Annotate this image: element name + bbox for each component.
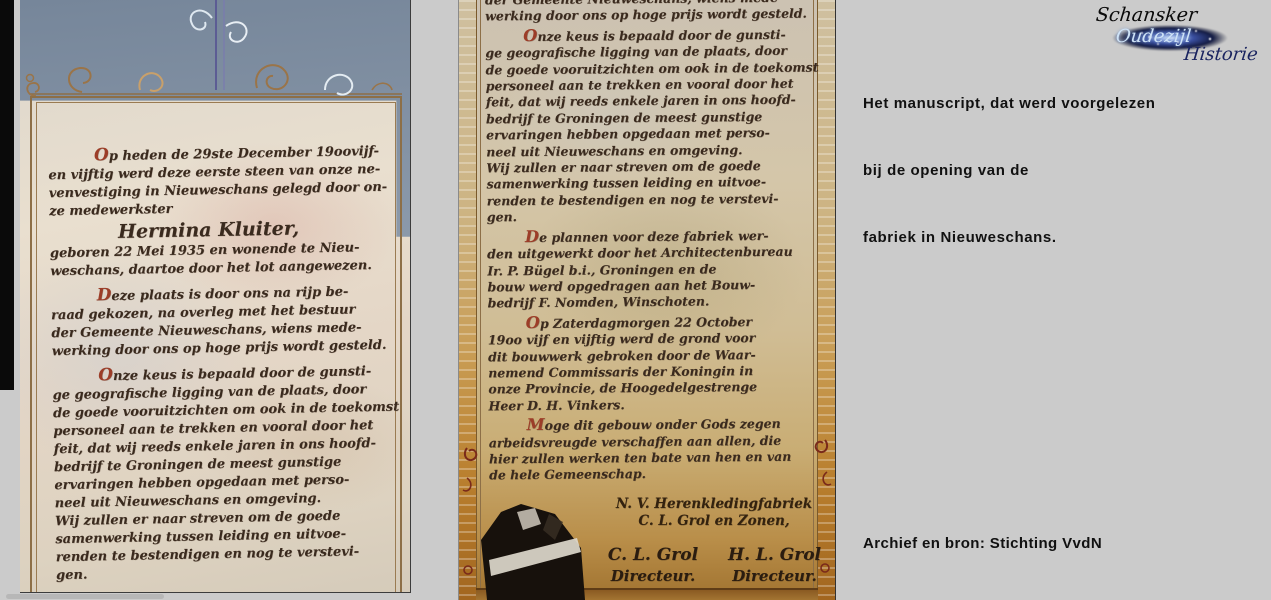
caption-source: Archief en bron: Stichting VvdN <box>863 535 1102 552</box>
manuscript-line: ervaringen hebben opgedaan met perso- <box>486 125 808 144</box>
company-line-2: C. L. Grol en Zonen, <box>609 513 819 530</box>
logo-word-historie: Historie <box>1183 44 1259 65</box>
logo-word-oudezijl: Oudezijl <box>1115 26 1192 47</box>
signature-right-title: Directeur. <box>728 566 821 586</box>
manuscript-line: gen. <box>487 207 809 226</box>
signature-right: H. L. Grol Directeur. <box>728 545 821 586</box>
signatures: C. L. Grol Directeur. H. L. Grol Directe… <box>608 545 821 586</box>
site-logo: Schansker Oudezijl Historie <box>1090 3 1265 69</box>
manuscript-line: bedrijf F. Nomden, Winschoten. <box>488 293 810 312</box>
logo-word-schansker: Schansker <box>1095 4 1198 26</box>
manuscript-line: den uitgewerkt door het Architectenburea… <box>487 244 809 263</box>
caption-line-2: bij de opening van de <box>863 162 1029 179</box>
top-flourish-ornament-icon <box>20 0 410 110</box>
signature-left-name: C. L. Grol <box>608 545 698 566</box>
manuscript-line: de hele Gemeenschap. <box>489 465 811 484</box>
manuscript-left-text: Op heden de 29ste December 19oovijf-en v… <box>48 135 392 585</box>
manuscript-line: Heer D. H. Vinkers. <box>488 395 810 414</box>
page: { "page": { "background": "#cbcbcb" }, "… <box>0 0 1271 600</box>
manuscript-right-text: der Gemeente Nieuweschans, wiens mede-we… <box>485 0 811 484</box>
company-signature-block: N. V. Herenkledingfabriek C. L. Grol en … <box>609 496 819 530</box>
manuscript-line: renden te bestendigen en nog te verstevi… <box>487 190 809 209</box>
manuscript-line: Moge dit gebouw onder Gods zegen <box>489 415 811 435</box>
manuscript-line: hier zullen werken ten bate van hen en v… <box>489 449 811 468</box>
signature-right-name: H. L. Grol <box>728 545 821 566</box>
left-black-strip <box>0 0 14 390</box>
signature-left: C. L. Grol Directeur. <box>608 545 698 586</box>
manuscript-photo-left: Op heden de 29ste December 19oovijf-en v… <box>20 0 411 593</box>
manuscript-line: werking door ons op hoge prijs wordt ges… <box>485 6 807 25</box>
signature-left-title: Directeur. <box>608 566 698 586</box>
manuscript-photo-right: der Gemeente Nieuweschans, wiens mede-we… <box>458 0 836 600</box>
caption-line-1: Het manuscript, dat werd voorgelezen <box>863 95 1156 112</box>
company-line-1: N. V. Herenkledingfabriek <box>609 496 819 513</box>
horizontal-scrollbar-thumb[interactable] <box>6 594 164 599</box>
caption-line-3: fabriek in Nieuweschans. <box>863 229 1057 246</box>
